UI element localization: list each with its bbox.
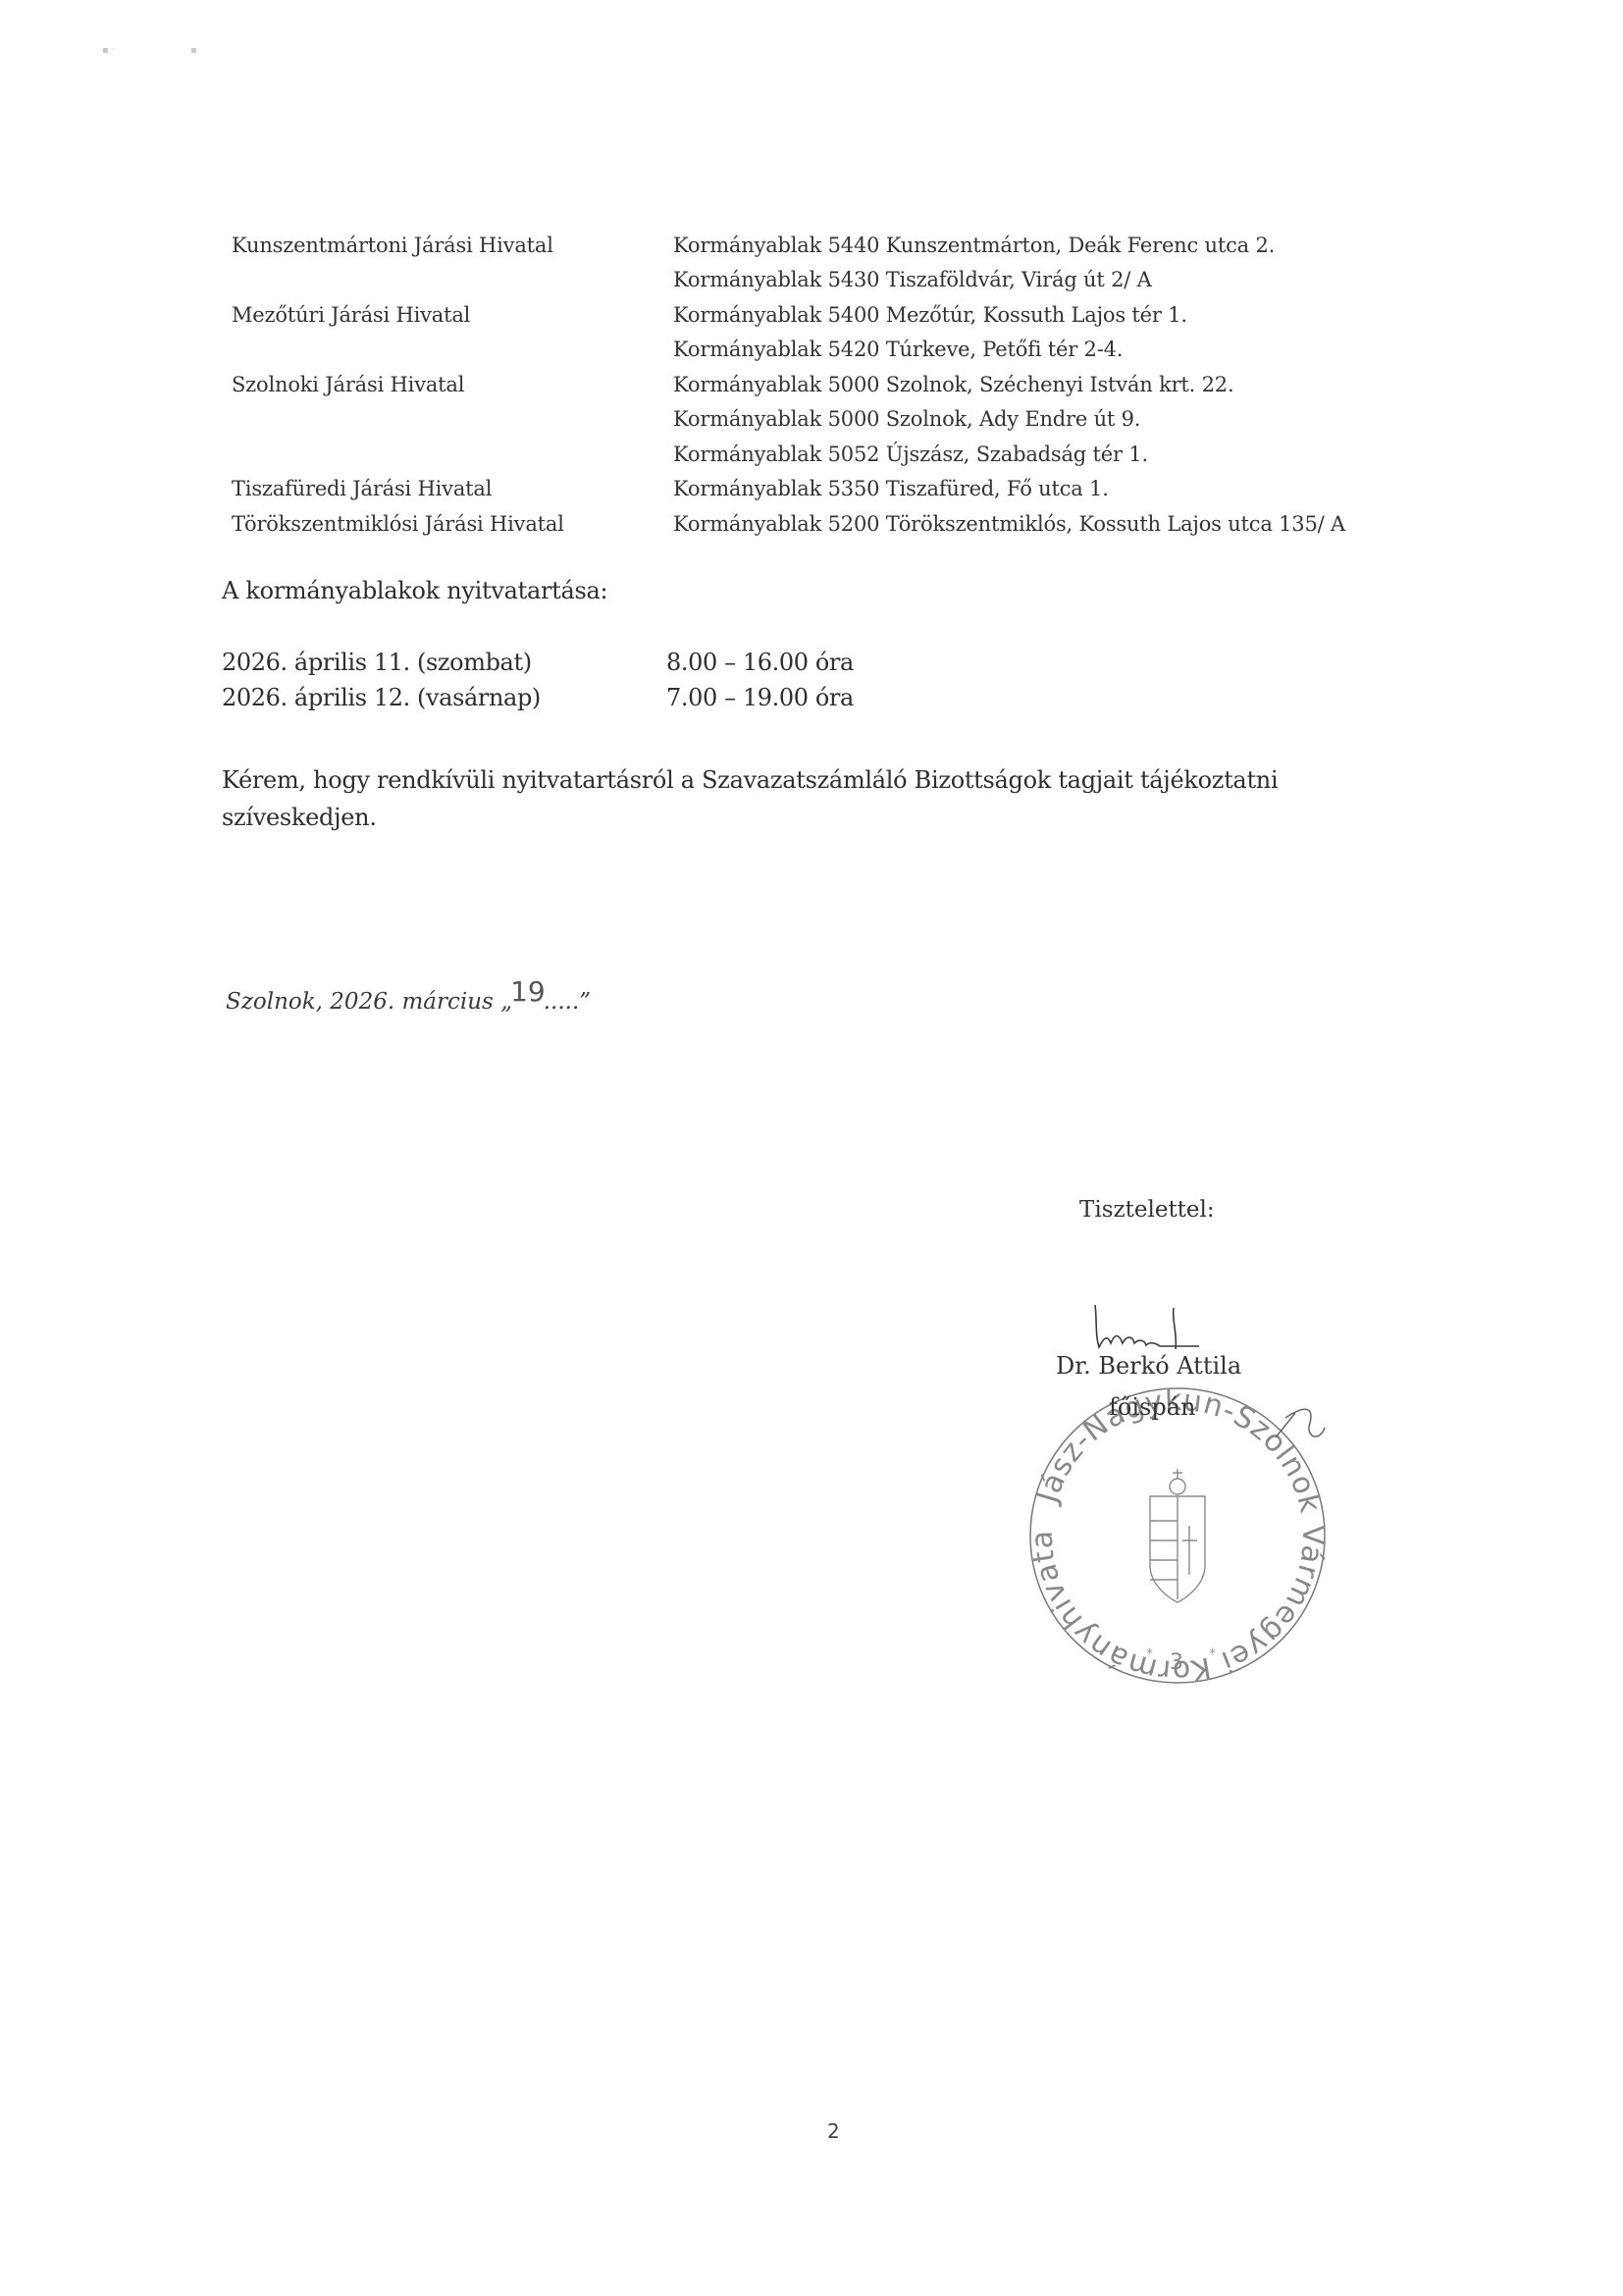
official-stamp: Jász-Nagykun-Szolnok Vármegyei Kormányhi…	[1021, 1379, 1335, 1693]
opening-hours-list: 2026. április 11. (szombat) 8.00 – 16.00…	[222, 645, 854, 715]
office-row: Törökszentmiklósi Járási Hivatal Kormány…	[232, 506, 1507, 542]
stamp-text: Jász-Nagykun-Szolnok Vármegyei Kormányhi…	[1021, 1379, 1330, 1688]
scan-artifact: ▪	[190, 45, 197, 56]
opening-hours-row: 2026. április 12. (vasárnap) 7.00 – 19.0…	[222, 680, 854, 715]
svg-text:*: *	[1209, 1646, 1216, 1662]
stamp-number: 3.	[1170, 1650, 1190, 1675]
opening-time: 8.00 – 16.00 óra	[666, 649, 854, 676]
opening-date: 2026. április 11. (szombat)	[222, 649, 666, 676]
opening-hours-row: 2026. április 11. (szombat) 8.00 – 16.00…	[222, 645, 854, 680]
government-window-address: Kormányablak 5400 Mezőtúr, Kossuth Lajos…	[673, 303, 1187, 327]
district-office-name: Tiszafüredi Járási Hivatal	[232, 477, 673, 500]
signer-name: Dr. Berkó Attila	[1056, 1352, 1241, 1380]
district-office-name: Mezőtúri Járási Hivatal	[232, 303, 673, 327]
office-row: Kormányablak 5430 Tiszaföldvár, Virág út…	[232, 263, 1507, 298]
office-row: Kormányablak 5420 Túrkeve, Petőfi tér 2-…	[232, 333, 1507, 368]
office-row: Mezőtúri Járási Hivatal Kormányablak 540…	[232, 297, 1507, 333]
government-window-address: Kormányablak 5430 Tiszaföldvár, Virág út…	[673, 268, 1152, 291]
office-row: Kormányablak 5052 Újszász, Szabadság tér…	[232, 437, 1507, 472]
government-window-address: Kormányablak 5000 Szolnok, Széchenyi Ist…	[673, 373, 1233, 396]
office-row: Tiszafüredi Járási Hivatal Kormányablak …	[232, 472, 1507, 507]
government-window-address: Kormányablak 5052 Újszász, Szabadság tér…	[673, 443, 1148, 466]
government-window-address: Kormányablak 5200 Törökszentmiklós, Koss…	[673, 512, 1345, 536]
closing-salutation: Tisztelettel:	[1079, 1197, 1215, 1223]
request-paragraph: Kérem, hogy rendkívüli nyitvatartásról a…	[222, 761, 1429, 836]
opening-time: 7.00 – 19.00 óra	[666, 684, 854, 711]
district-office-name: Kunszentmártoni Járási Hivatal	[232, 234, 673, 257]
svg-text:Jász-Nagykun-Szolnok Vármegyei: Jász-Nagykun-Szolnok Vármegyei Kormányhi…	[1021, 1379, 1330, 1688]
office-list: Kunszentmártoni Járási Hivatal Kormányab…	[232, 228, 1507, 542]
government-window-address: Kormányablak 5350 Tiszafüred, Fő utca 1.	[673, 477, 1109, 500]
government-window-address: Kormányablak 5420 Túrkeve, Petőfi tér 2-…	[673, 338, 1123, 361]
handwritten-signature	[1089, 1300, 1207, 1354]
government-window-address: Kormányablak 5000 Szolnok, Ady Endre út …	[673, 407, 1140, 431]
page-number: 2	[827, 2119, 840, 2143]
signer-title: főispán	[1109, 1393, 1195, 1421]
scan-artifact: ▪ ·	[102, 45, 115, 56]
office-row: Kunszentmártoni Járási Hivatal Kormányab…	[232, 228, 1507, 263]
opening-date: 2026. április 12. (vasárnap)	[222, 684, 666, 711]
handwritten-day: 19	[510, 975, 546, 1008]
place-and-date: Szolnok, 2026. március „19.....”	[226, 983, 591, 1016]
place-date-suffix: .....”	[544, 989, 591, 1015]
government-window-address: Kormányablak 5440 Kunszentmárton, Deák F…	[673, 234, 1275, 257]
coat-of-arms-icon	[1150, 1469, 1205, 1602]
svg-text:*: *	[1146, 1646, 1153, 1662]
office-row: Kormányablak 5000 Szolnok, Ady Endre út …	[232, 402, 1507, 438]
place-date-prefix: Szolnok, 2026. március „	[226, 989, 512, 1015]
office-row: Szolnoki Járási Hivatal Kormányablak 500…	[232, 367, 1507, 402]
district-office-name: Szolnoki Járási Hivatal	[232, 373, 673, 396]
opening-hours-heading: A kormányablakok nyitvatartása:	[222, 577, 607, 604]
district-office-name: Törökszentmiklósi Járási Hivatal	[232, 512, 673, 536]
